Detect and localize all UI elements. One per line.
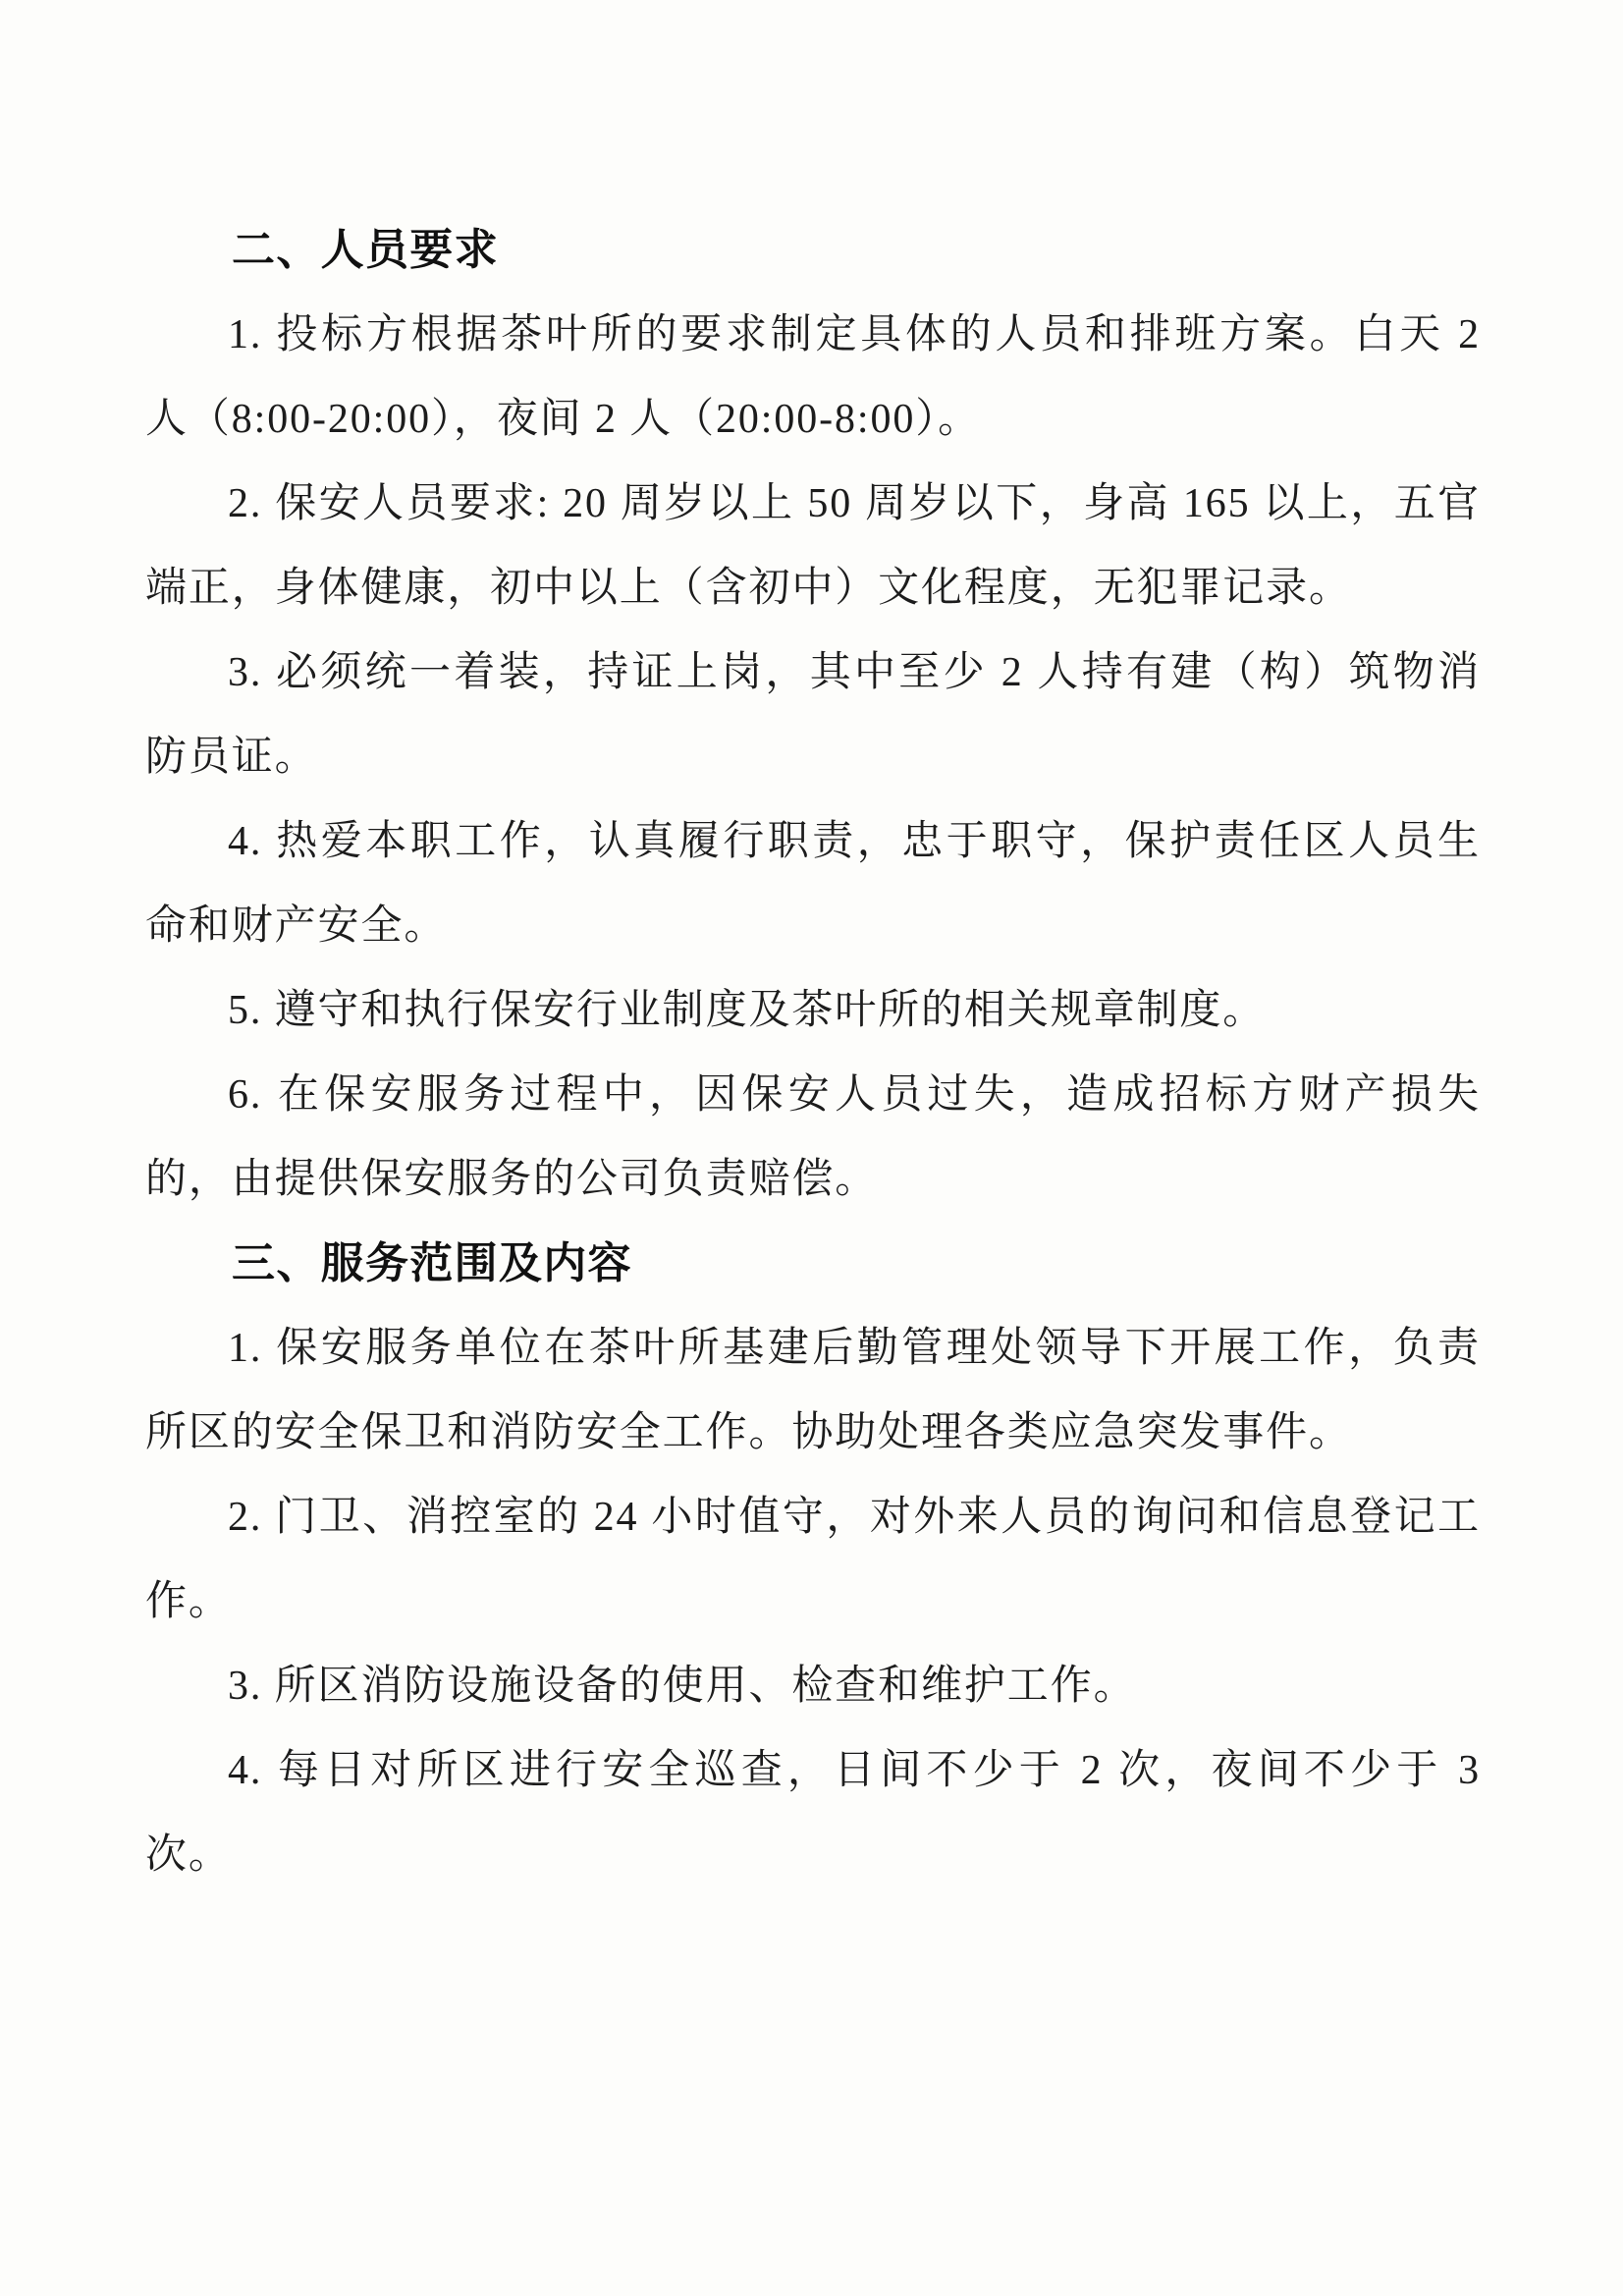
paragraph: 4. 每日对所区进行安全巡查，日间不少于 2 次，夜间不少于 3 次。 — [145, 1728, 1481, 1897]
paragraph: 2. 门卫、消控室的 24 小时值守，对外来人员的询问和信息登记工作。 — [145, 1475, 1481, 1644]
paragraph: 3. 必须统一着装，持证上岗，其中至少 2 人持有建（构）筑物消防员证。 — [145, 630, 1481, 799]
paragraph: 3. 所区消防设施设备的使用、检查和维护工作。 — [145, 1644, 1481, 1728]
paragraph: 6. 在保安服务过程中，因保安人员过失，造成招标方财产损失的，由提供保安服务的公… — [145, 1053, 1481, 1222]
paragraph: 4. 热爱本职工作，认真履行职责，忠于职守，保护责任区人员生命和财产安全。 — [145, 799, 1481, 968]
paragraph: 1. 投标方根据茶叶所的要求制定具体的人员和排班方案。白天 2 人（8:00-2… — [145, 293, 1481, 462]
paragraph: 1. 保安服务单位在茶叶所基建后勤管理处领导下开展工作，负责所区的安全保卫和消防… — [145, 1306, 1481, 1475]
paragraph: 2. 保安人员要求: 20 周岁以上 50 周岁以下，身高 165 以上，五官端… — [145, 462, 1481, 630]
paragraph: 5. 遵守和执行保安行业制度及茶叶所的相关规章制度。 — [145, 968, 1481, 1053]
document-content: 二、人员要求 1. 投标方根据茶叶所的要求制定具体的人员和排班方案。白天 2 人… — [145, 208, 1481, 1897]
scanned-document-page: 二、人员要求 1. 投标方根据茶叶所的要求制定具体的人员和排班方案。白天 2 人… — [0, 0, 1623, 2296]
section-heading-personnel-requirements: 二、人员要求 — [145, 208, 1481, 293]
section-heading-service-scope: 三、服务范围及内容 — [145, 1222, 1481, 1306]
